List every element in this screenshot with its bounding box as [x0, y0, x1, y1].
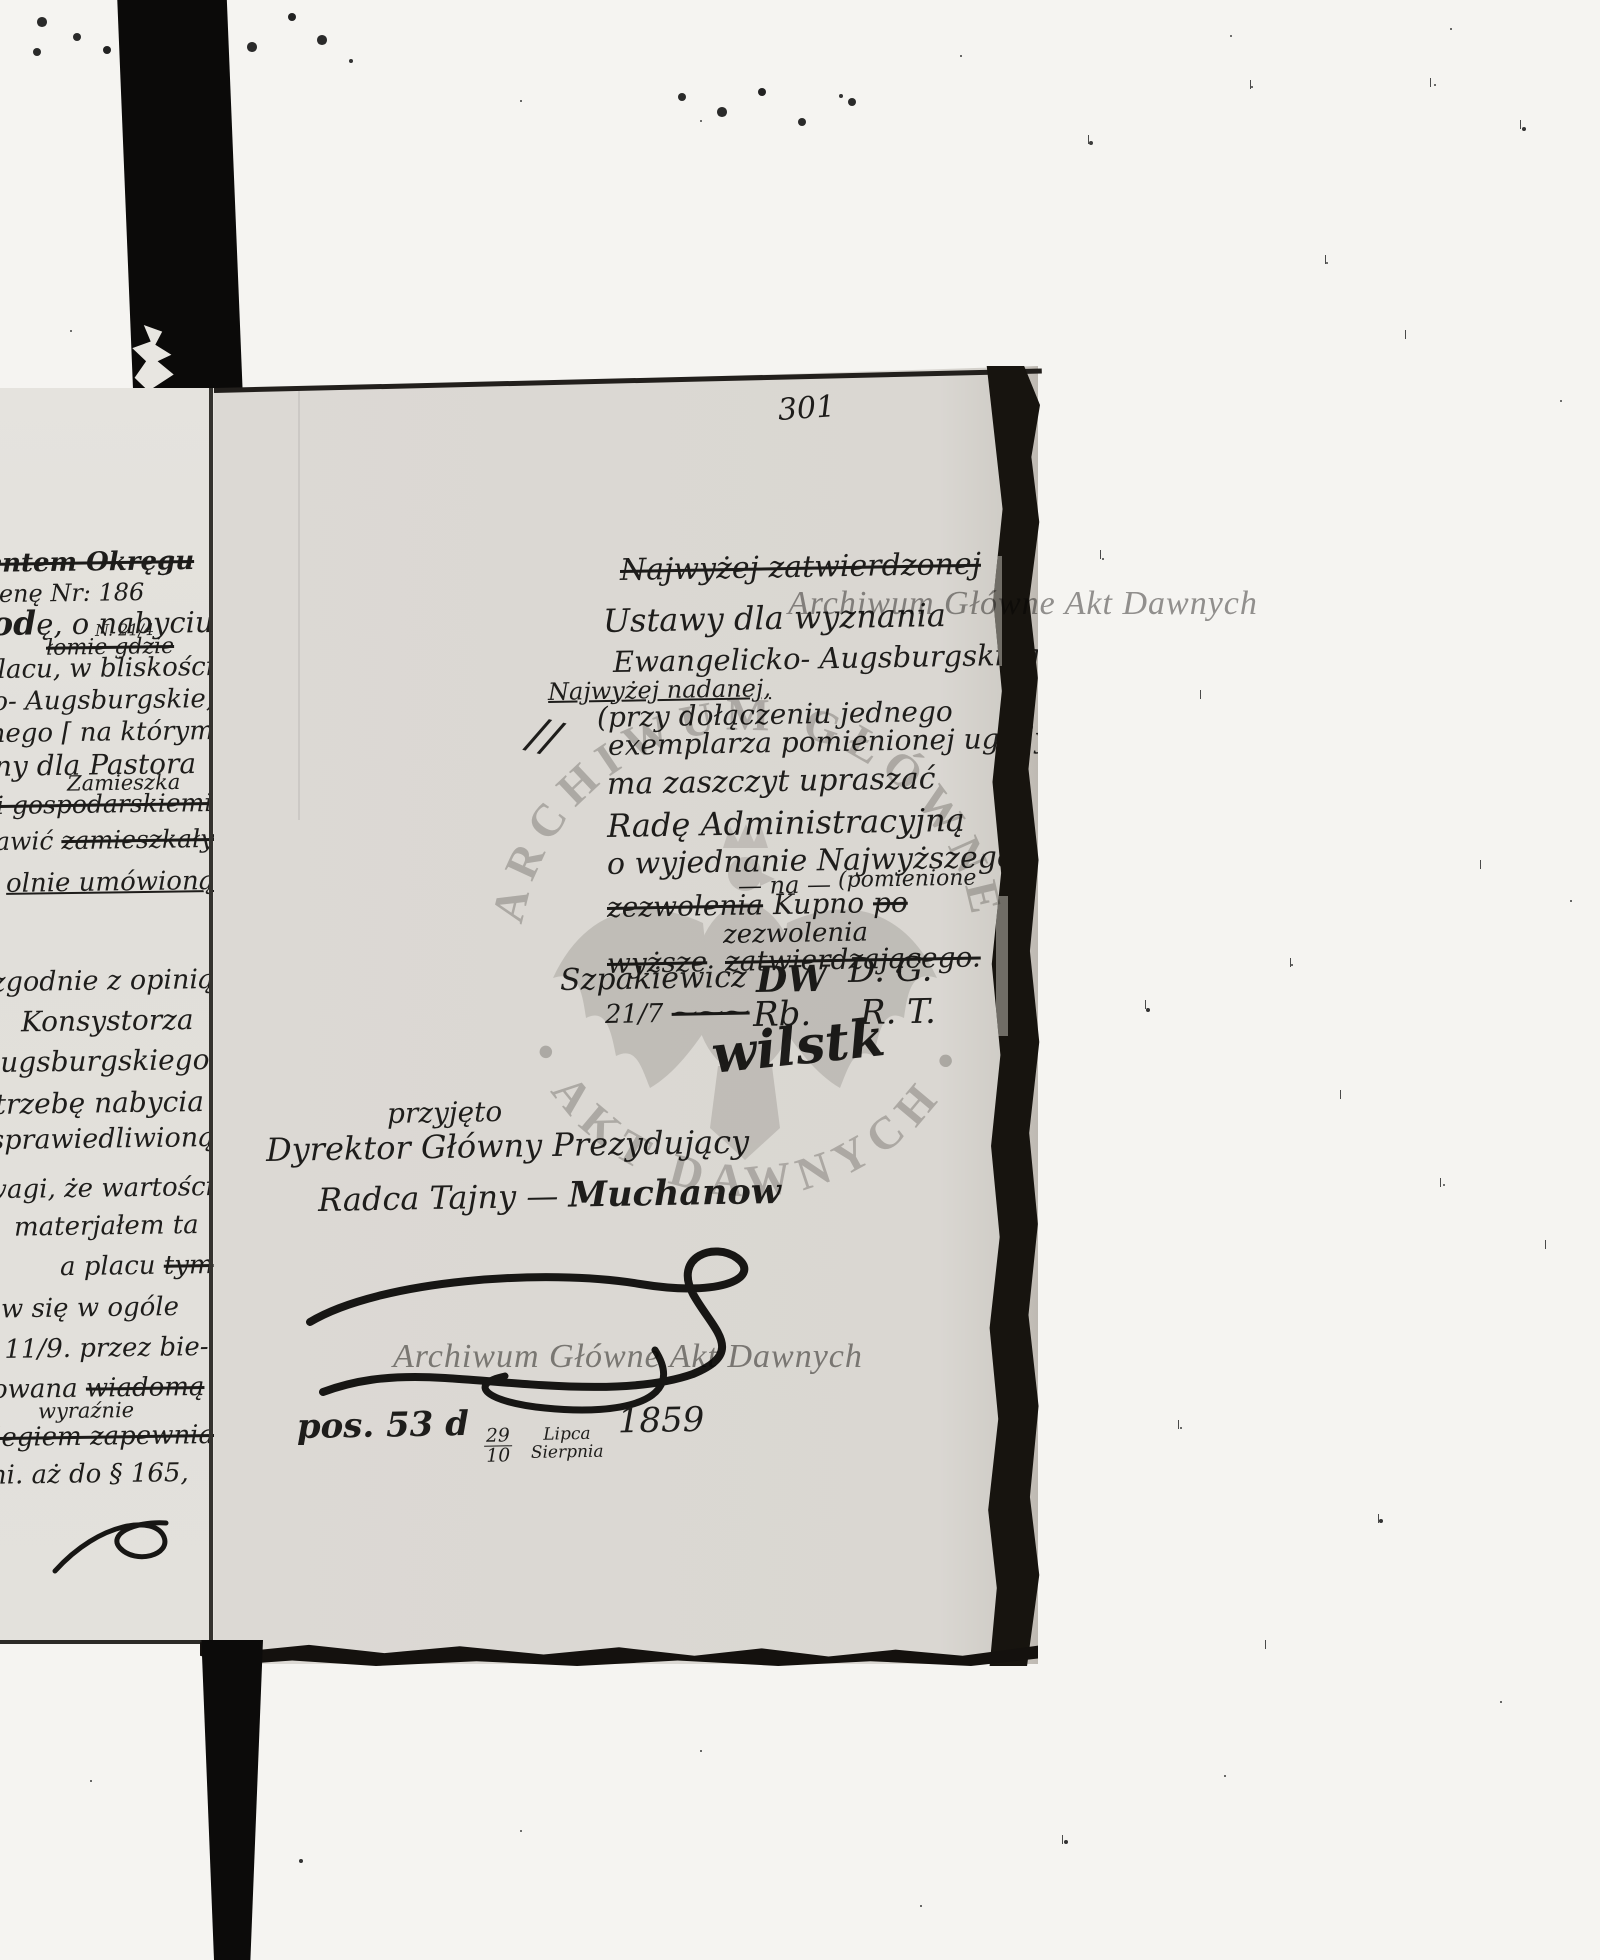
left-line: 44 11/9. przez bie-: [0, 1334, 209, 1363]
left-line: materjałem ta: [14, 1212, 199, 1241]
left-line: placu, w bliskości: [0, 654, 214, 683]
dust-specks: [0, 0, 2, 2]
left-signature-flourish: [40, 1493, 190, 1593]
paper-crumple-mark: [130, 325, 176, 391]
docket-pos: pos. 53 d: [296, 1404, 469, 1447]
left-line: uwagi, że wartości: [0, 1174, 214, 1203]
docket-month-stack: LipcaSierpnia: [530, 1426, 603, 1463]
left-line: mi. aż do § 165,: [0, 1460, 189, 1489]
left-line: nystawić zamieszkały: [0, 826, 214, 855]
watermark-text-lower: Archiwum Główne Akt Dawnych: [393, 1338, 863, 1376]
left-page-bottom-edge: [0, 1640, 214, 1644]
left-line: olnie umówioną: [6, 868, 214, 897]
docket-day-fraction: 2910: [484, 1426, 512, 1467]
left-insert: wyraźnie: [38, 1400, 134, 1422]
left-line: elicko- Augsburgskie,: [0, 686, 214, 716]
left-line: onego ⌈ na którym: [0, 718, 214, 747]
stamp-arc-top-text: ARCHIWUM GŁÓWNE: [482, 689, 1015, 928]
left-line: w się w ogóle: [1, 1294, 179, 1322]
archival-scan: Rejentem Okręgu ną cenę Nr: 186 ugodę, o…: [0, 0, 1600, 1960]
archive-stamp-watermark: ARCHIWUM GŁÓWNE • AKT DAWNYCH •: [478, 688, 1018, 1228]
docket-line: pos. 53 d 2910 LipcaSierpnia 1859: [296, 1403, 705, 1470]
hw-line-ewangelicko: Ewangelicko- Augsburgskiego: [613, 640, 1038, 677]
left-line: Rejentem Okręgu: [0, 548, 194, 578]
dust-blobs: [0, 0, 4, 4]
left-line: Augsburgskiego: [0, 1046, 209, 1077]
left-line: i gospodarskiemi: [0, 790, 212, 818]
signature-flourish: [295, 1232, 775, 1412]
docket-year: 1859: [617, 1400, 704, 1442]
left-line: potrzebę nabycia: [0, 1088, 204, 1119]
left-line: usprawiedliwioną: [0, 1124, 214, 1154]
binding-gap-top: [112, 0, 244, 392]
binding-gap-bottom: [193, 1640, 263, 1960]
left-line: Konsystorza: [21, 1006, 194, 1036]
hw-heading-struck: Najwyżej zatwierdzonej: [620, 550, 981, 586]
left-page-fragment: Rejentem Okręgu ną cenę Nr: 186 ugodę, o…: [0, 388, 214, 1644]
page-crease: [298, 390, 300, 820]
left-line: a placu tym: [60, 1252, 214, 1280]
watermark-text-upper: Archiwum Główne Akt Dawnych: [788, 585, 1258, 623]
page-gutter: [209, 388, 213, 1644]
left-line: Oma zgodnie z opinią: [0, 966, 214, 997]
left-line: legiem zapewnia: [0, 1422, 214, 1451]
page-number: 301: [777, 392, 836, 426]
scratch-marks: [0, 0, 1, 9]
